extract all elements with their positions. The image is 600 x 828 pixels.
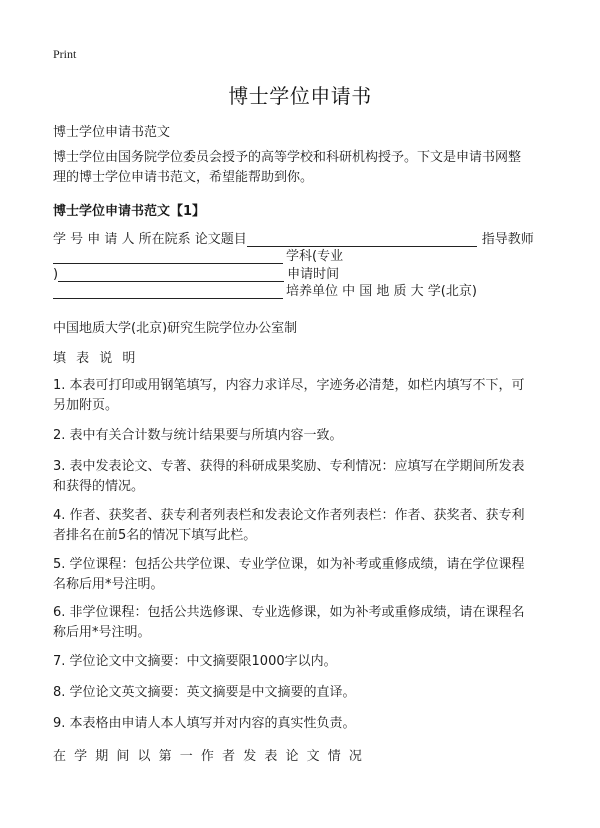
form-label-student-info: 学 号 申 请 人 所在院系 论文题目 [53,228,247,247]
instruction-item-6-line2: 称后用*号注明。 [53,623,573,643]
discipline-field[interactable] [58,267,284,282]
section-heading: 博士学位申请书范文【1】 [53,200,205,219]
instruction-item-4: 4. 作者、获奖者、获专利者列表栏和发表论文作者列表栏：作者、获奖者、获专利 者… [53,506,573,546]
form-row-4: 培养单位 中 国 地 质 大 学(北京) [53,281,477,299]
form-label-advisor: 指导教师 [482,228,534,247]
page-title: 博士学位申请书 [0,80,600,109]
form-row-2: 学科(专业 [53,246,343,264]
instruction-item-7: 7. 学位论文中文摘要：中文摘要限1000字以内。 [53,652,573,672]
instruction-item-4-line2: 者排名在前5名的情况下填写此栏。 [53,526,573,546]
subtitle: 博士学位申请书范文 [53,121,170,140]
instruction-item-9-line1: 9. 本表格由申请人本人填写并对内容的真实性负责。 [53,714,573,734]
publications-heading: 在 学 期 间 以 第 一 作 者 发 表 论 文 情 况 [53,745,364,764]
instruction-item-5: 5. 学位课程：包括公共学位课、专业学位课，如为补考或重修成绩，请在学位课程 名… [53,555,573,595]
instruction-item-1: 1. 本表可打印或用钢笔填写，内容力求详尽，字迹务必清楚，如栏内填写不下，可 另… [53,376,573,416]
form-label-training-unit: 培养单位 中 国 地 质 大 学(北京) [286,280,477,299]
form-label-discipline: 学科(专业 [286,245,343,264]
issuer-line: 中国地质大学(北京)研究生院学位办公室制 [53,317,297,336]
instruction-item-3: 3. 表中发表论文、专著、获得的科研成果奖励、专利情况：应填写在学期间所发表 和… [53,457,573,497]
instruction-item-5-line2: 名称后用*号注明。 [53,575,573,595]
instruction-item-3-line1: 3. 表中发表论文、专著、获得的科研成果奖励、专利情况：应填写在学期间所发表 [53,457,573,477]
instruction-item-1-line2: 另加附页。 [53,396,573,416]
instruction-item-3-line2: 和获得的情况。 [53,477,573,497]
instruction-item-8: 8. 学位论文英文摘要：英文摘要是中文摘要的直译。 [53,683,573,703]
instruction-item-5-line1: 5. 学位课程：包括公共学位课、专业学位课，如为补考或重修成绩，请在学位课程 [53,555,573,575]
instruction-item-9: 9. 本表格由申请人本人填写并对内容的真实性负责。 [53,714,573,734]
instruction-item-2: 2. 表中有关合计数与统计结果要与所填内容一致。 [53,426,573,446]
document-page: Print 博士学位申请书 博士学位申请书范文 博士学位由国务院学位委员会授予的… [0,0,600,828]
advisor-field[interactable] [53,249,283,264]
instruction-item-7-line1: 7. 学位论文中文摘要：中文摘要限1000字以内。 [53,652,573,672]
intro-paragraph: 博士学位由国务院学位委员会授予的高等学校和科研机构授予。下文是申请书网整 理的博… [53,148,573,188]
intro-paragraph-line2: 理的博士学位申请书范文，希望能帮助到你。 [53,168,573,188]
instruction-item-1-line1: 1. 本表可打印或用钢笔填写，内容力求详尽，字迹务必清楚，如栏内填写不下，可 [53,376,573,396]
instruction-item-6: 6. 非学位课程：包括公共选修课、专业选修课，如为补考或重修成绩，请在课程名 称… [53,603,573,643]
instruction-item-6-line1: 6. 非学位课程：包括公共选修课、专业选修课，如为补考或重修成绩，请在课程名 [53,603,573,623]
instruction-item-4-line1: 4. 作者、获奖者、获专利者列表栏和发表论文作者列表栏：作者、获奖者、获专利 [53,506,573,526]
thesis-title-field[interactable] [247,232,477,247]
instruction-item-8-line1: 8. 学位论文英文摘要：英文摘要是中文摘要的直译。 [53,683,573,703]
apply-date-field[interactable] [53,284,283,299]
intro-paragraph-line1: 博士学位由国务院学位委员会授予的高等学校和科研机构授予。下文是申请书网整 [53,148,573,168]
instruction-item-2-line1: 2. 表中有关合计数与统计结果要与所填内容一致。 [53,426,573,446]
instructions-heading: 填 表 说 明 [53,347,138,366]
print-link[interactable]: Print [53,47,76,62]
